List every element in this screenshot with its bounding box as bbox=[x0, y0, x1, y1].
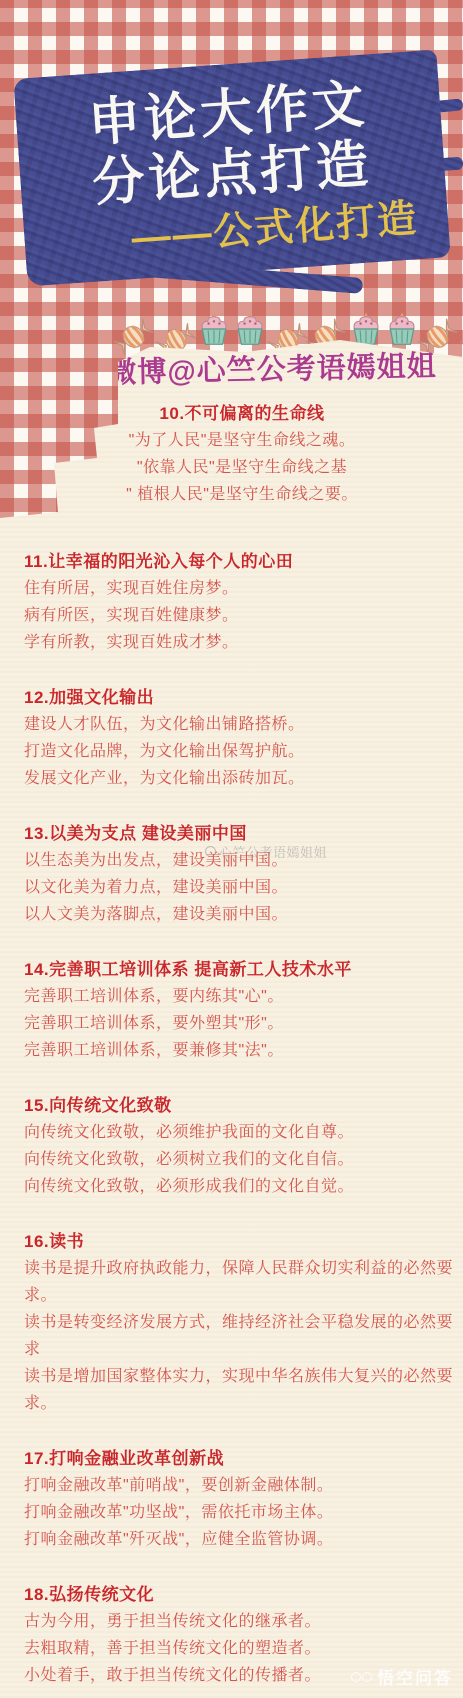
weibo-credit: 微博@心竺公考语嫣姐姐 bbox=[84, 348, 461, 392]
topic-line: 完善职工培训体系，要外塑其"形"。 bbox=[24, 1010, 460, 1037]
topic-line: " 植根人民"是坚守生命线之要。 bbox=[24, 481, 460, 508]
topic-section-14: 14.完善职工培训体系 提高新工人技术水平 完善职工培训体系，要内练其"心"。 … bbox=[24, 956, 460, 1064]
topic-line: 打造文化品牌，为文化输出保驾护航。 bbox=[24, 738, 460, 765]
logo-dot-icon bbox=[205, 846, 216, 857]
topic-line: 以人文美为落脚点，建设美丽中国。 bbox=[24, 901, 460, 928]
middle-watermark-text: 心竺公考语嫣姐姐 bbox=[219, 842, 327, 861]
cupcake-icon bbox=[384, 310, 420, 348]
topic-line: 建设人才队伍，为文化输出铺路搭桥。 bbox=[24, 711, 460, 738]
bottom-watermark: 悟空问答 bbox=[351, 1664, 453, 1689]
topic-line: 向传统文化致敬，必须形成我们的文化自觉。 bbox=[24, 1173, 460, 1200]
topic-line: 住有所居，实现百姓住房梦。 bbox=[24, 575, 460, 602]
paper-sheet: 微博@心竺公考语嫣姐姐 10.不可偏离的生命线 "为了人民"是坚守生命线之魂。 … bbox=[0, 300, 463, 1698]
topic-heading: 17.打响金融业改革创新战 bbox=[24, 1445, 460, 1472]
topic-line: 读书是增加国家整体实力，实现中华名族伟大复兴的必然要求。 bbox=[24, 1363, 460, 1417]
topic-line: 以文化美为着力点，建设美丽中国。 bbox=[24, 874, 460, 901]
topic-section-16: 16.读书 读书是提升政府执政能力，保障人民群众切实利益的必然要求。 读书是转变… bbox=[24, 1228, 460, 1417]
topic-line: 向传统文化致敬，必须树立我们的文化自信。 bbox=[24, 1146, 460, 1173]
topic-line: 向传统文化致敬，必须维护我面的文化自尊。 bbox=[24, 1119, 460, 1146]
topic-line: 打响金融改革"功坚战"，需依托市场主体。 bbox=[24, 1499, 460, 1526]
middle-watermark: 心竺公考语嫣姐姐 bbox=[205, 842, 327, 861]
topic-heading: 12.加强文化输出 bbox=[24, 684, 460, 711]
topic-line: 打响金融改革"前哨战"，要创新金融体制。 bbox=[24, 1472, 460, 1499]
topic-line: 古为今用，勇于担当传统文化的继承者。 bbox=[24, 1608, 460, 1635]
topic-heading: 18.弘扬传统文化 bbox=[24, 1581, 460, 1608]
topic-heading: 15.向传统文化致敬 bbox=[24, 1092, 460, 1119]
bottom-watermark-text: 悟空问答 bbox=[377, 1664, 453, 1689]
topic-line: 学有所教，实现百姓成才梦。 bbox=[24, 629, 460, 656]
topic-section-17: 17.打响金融业改革创新战 打响金融改革"前哨战"，要创新金融体制。 打响金融改… bbox=[24, 1445, 460, 1553]
topic-line: 病有所医，实现百姓健康梦。 bbox=[24, 602, 460, 629]
poster-page: 申论大作文 分论点打造 ——公式化打造 bbox=[0, 0, 463, 1698]
cupcake-icon bbox=[196, 310, 232, 348]
topic-heading: 11.让幸福的阳光沁入每个人的心田 bbox=[24, 548, 460, 575]
topic-line: 去粗取精，善于担当传统文化的塑造者。 bbox=[24, 1635, 460, 1662]
topic-heading: 16.读书 bbox=[24, 1228, 460, 1255]
topic-line: 发展文化产业，为文化输出添砖加瓦。 bbox=[24, 765, 460, 792]
topic-heading: 14.完善职工培训体系 提高新工人技术水平 bbox=[24, 956, 460, 983]
topic-line: 打响金融改革"歼灭战"，应健全监管协调。 bbox=[24, 1526, 460, 1553]
topic-section-12: 12.加强文化输出 建设人才队伍，为文化输出铺路搭桥。 打造文化品牌，为文化输出… bbox=[24, 684, 460, 792]
topic-line: 读书是提升政府执政能力，保障人民群众切实利益的必然要求。 bbox=[24, 1255, 460, 1309]
topic-line: 读书是转变经济发展方式，维持经济社会平稳发展的必然要求 bbox=[24, 1309, 460, 1363]
paper-content: 微博@心竺公考语嫣姐姐 10.不可偏离的生命线 "为了人民"是坚守生命线之魂。 … bbox=[0, 300, 463, 1689]
topic-line: 完善职工培训体系，要内练其"心"。 bbox=[24, 983, 460, 1010]
title-banner: 申论大作文 分论点打造 ——公式化打造 bbox=[13, 49, 450, 286]
cupcake-icon bbox=[232, 310, 268, 348]
glasses-icon bbox=[351, 1672, 372, 1682]
topic-section-11: 11.让幸福的阳光沁入每个人的心田 住有所居，实现百姓住房梦。 病有所医，实现百… bbox=[24, 548, 460, 656]
candy-garland bbox=[116, 276, 463, 354]
topic-section-13: 13.以美为支点 建设美丽中国 以生态美为出发点，建设美丽中国。 以文化美为着力… bbox=[24, 820, 460, 928]
topic-section-15: 15.向传统文化致敬 向传统文化致敬，必须维护我面的文化自尊。 向传统文化致敬，… bbox=[24, 1092, 460, 1200]
topic-line: 完善职工培训体系，要兼修其"法"。 bbox=[24, 1037, 460, 1064]
